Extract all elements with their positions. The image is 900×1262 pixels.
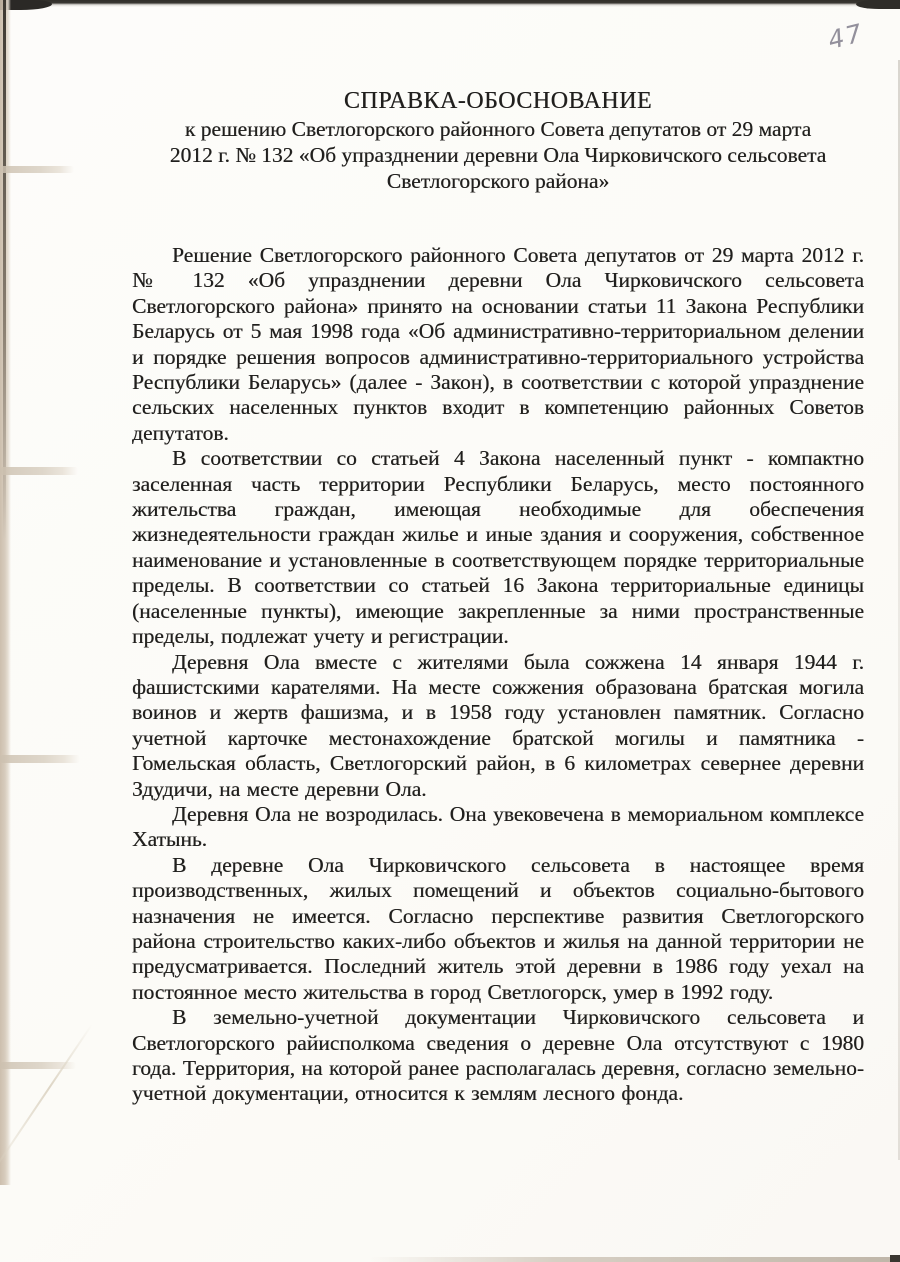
paragraph-law-definitions: В соответствии со статьей 4 Закона насел… (132, 446, 864, 649)
subtitle-line: к решению Светлогорского районного Совет… (132, 116, 864, 142)
paper-crease-diagonal (0, 1024, 93, 1183)
document-content: СПРАВКА-ОБОСНОВАНИЕ к решению Светлогорс… (132, 88, 864, 1107)
paragraph-land-records: В земельно-учетной документации Чиркович… (132, 1005, 864, 1107)
paragraph-khatyn-memorial: Деревня Ола не возродилась. Она увековеч… (132, 802, 864, 853)
document-body: Решение Светлогорского районного Совета … (132, 243, 864, 1107)
document-subtitle: к решению Светлогорского районного Совет… (132, 116, 864, 194)
subtitle-line: Светлогорского района» (132, 168, 864, 194)
paragraph-village-burned-1944: Деревня Ола вместе с жителями была сожже… (132, 650, 864, 802)
paper-fold-mark (0, 755, 80, 763)
scan-edge-bottom (370, 1257, 900, 1262)
paper-fold-mark (0, 166, 74, 173)
paragraph-no-buildings: В деревне Ола Чирковичского сельсовета в… (132, 853, 864, 1005)
scanned-document-page: 47 СПРАВКА-ОБОСНОВАНИЕ к решению Светлог… (0, 0, 900, 1262)
subtitle-line: 2012 г. № 132 «Об упразднении деревни Ол… (132, 142, 864, 168)
paragraph-decision-basis: Решение Светлогорского районного Совета … (132, 243, 864, 446)
paper-fold-mark (0, 467, 78, 475)
handwritten-page-number: 47 (825, 18, 867, 55)
scan-edge-left-shadow (3, 0, 6, 540)
scan-edge-top (0, 0, 900, 7)
scan-corner-mark (890, 1255, 900, 1262)
document-title: СПРАВКА-ОБОСНОВАНИЕ (132, 88, 864, 115)
